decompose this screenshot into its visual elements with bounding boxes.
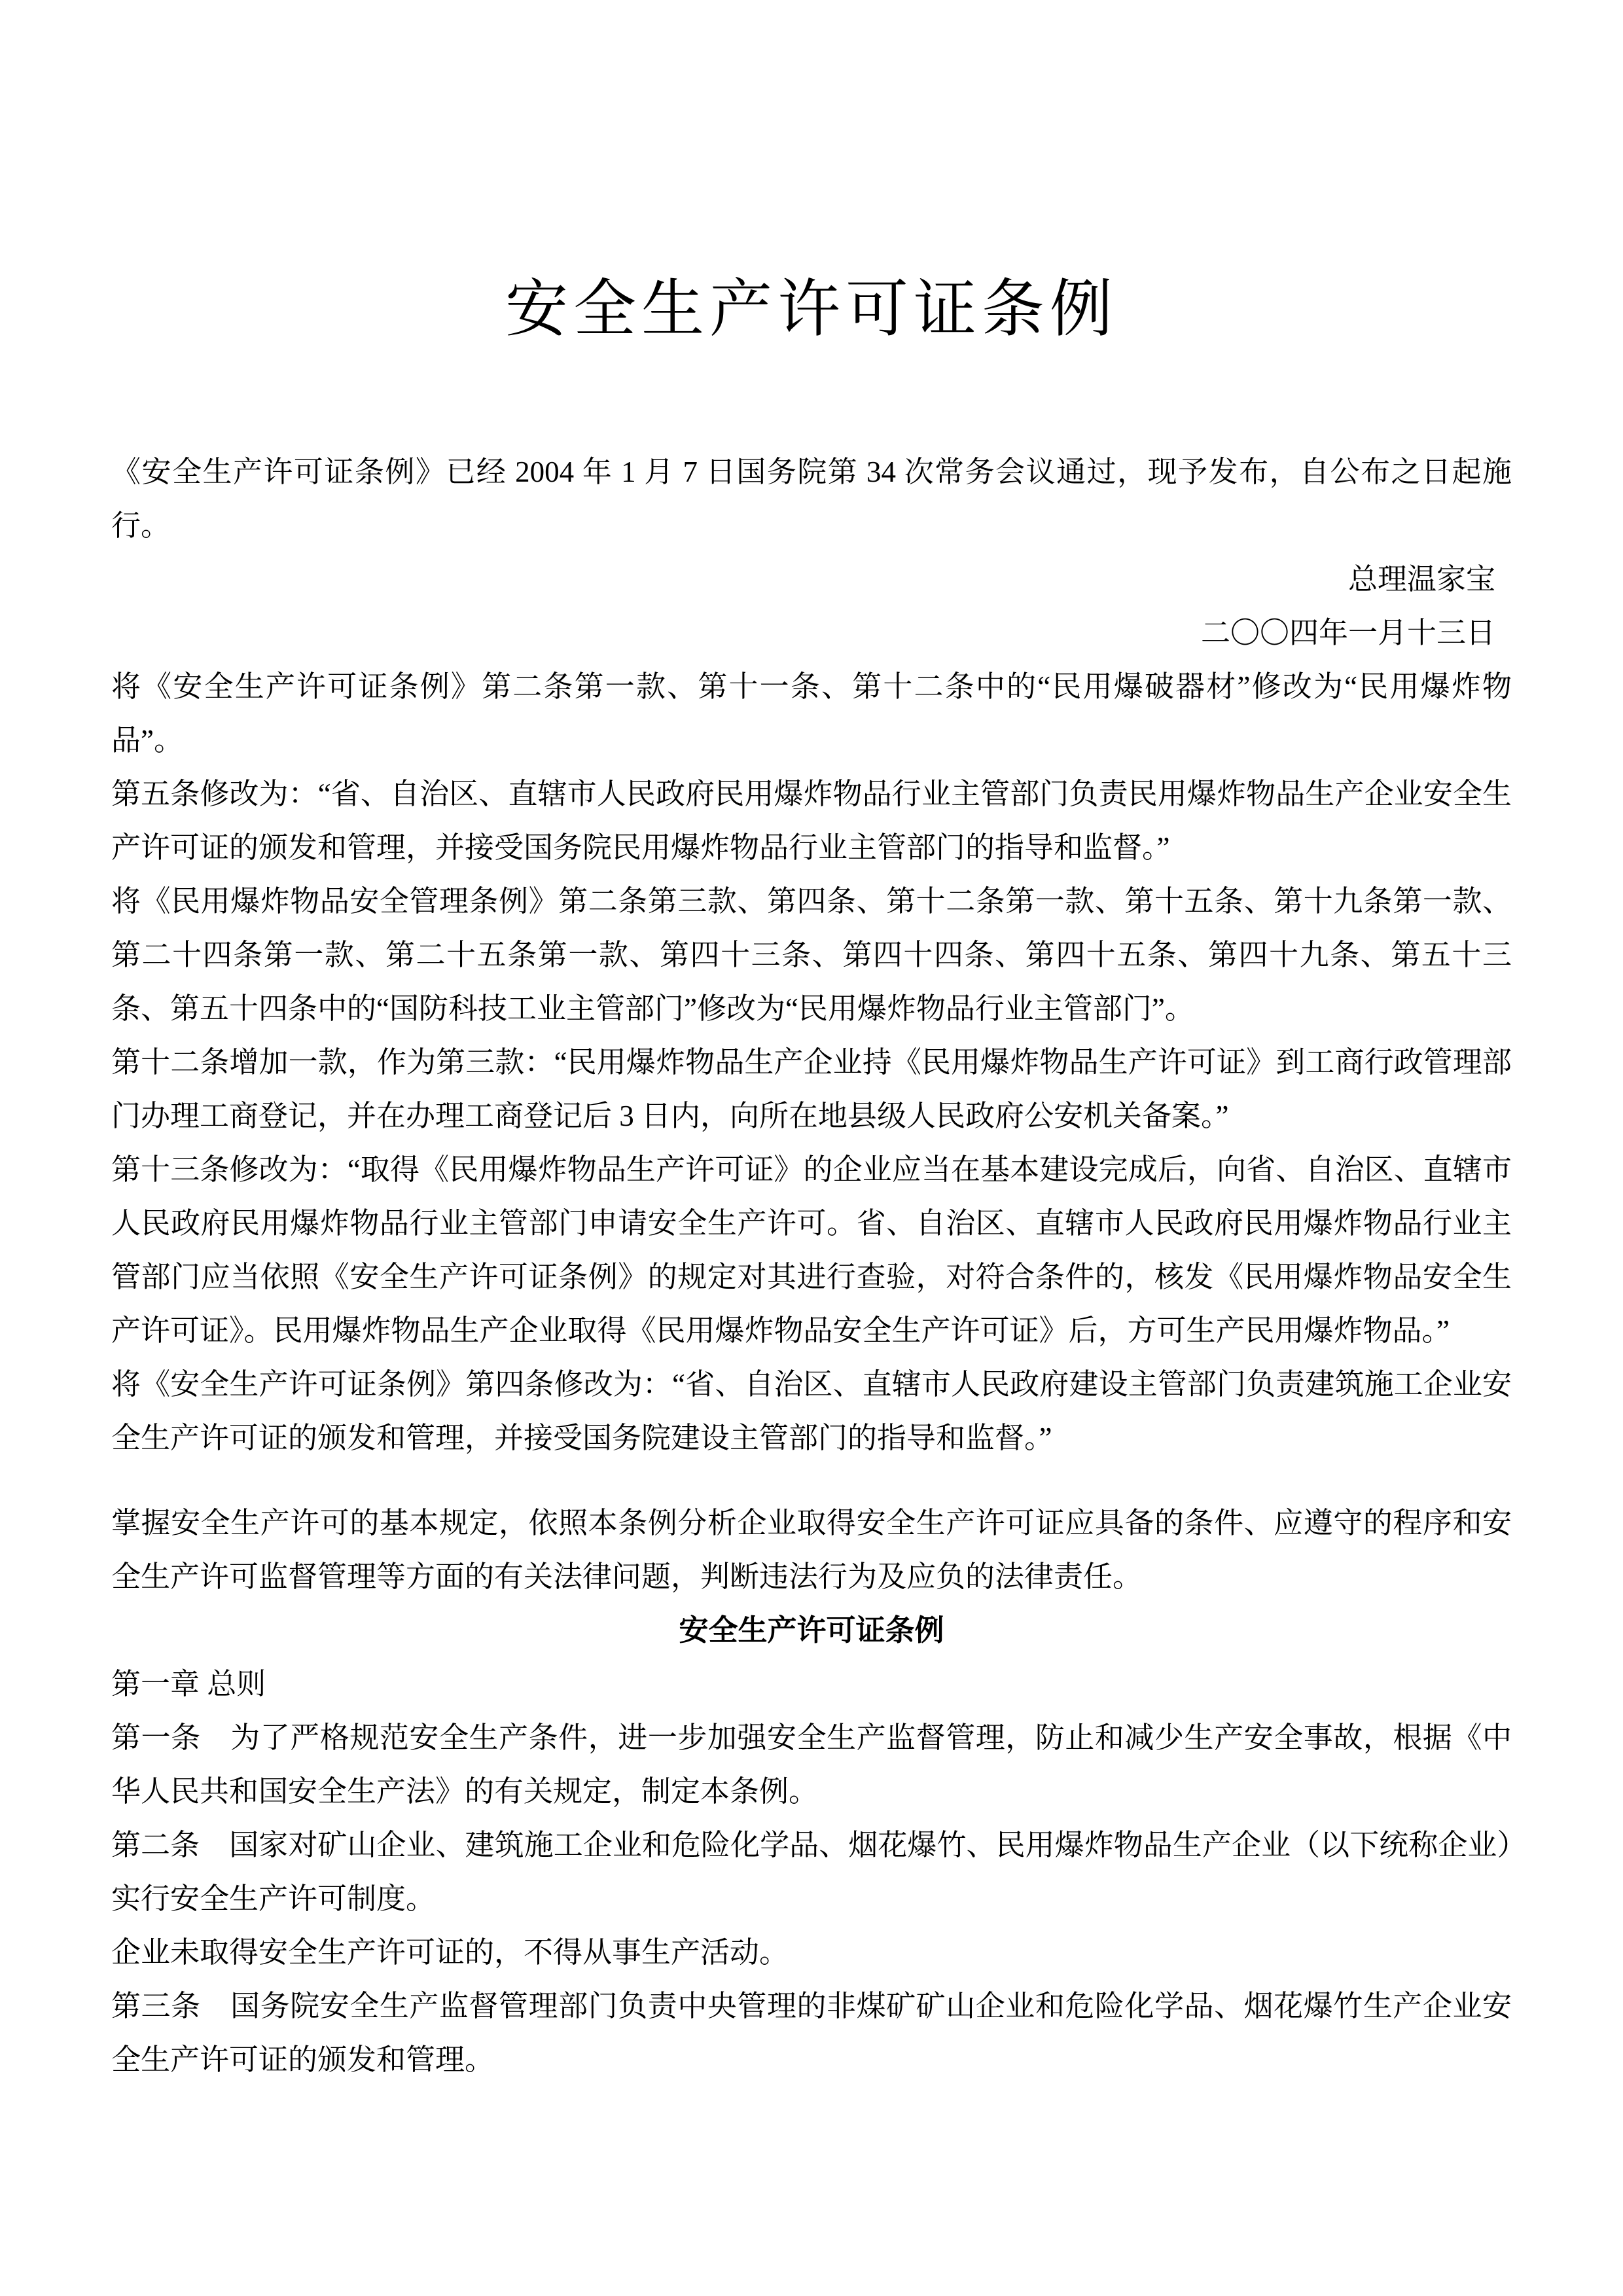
amendment-paragraph-5: 第十三条修改为：“取得《民用爆炸物品生产许可证》的企业应当在基本建设完成后，向省… (111, 1143, 1512, 1357)
document-title: 安全生产许可证条例 (111, 272, 1512, 347)
intro-paragraph: 《安全生产许可证条例》已经 2004 年 1 月 7 日国务院第 34 次常务会… (111, 445, 1512, 552)
amendment-paragraph-2: 第五条修改为：“省、自治区、直辖市人民政府民用爆炸物品行业主管部门负责民用爆炸物… (111, 767, 1512, 874)
amendment-paragraph-6: 将《安全生产许可证条例》第四条修改为：“省、自治区、直辖市人民政府建设主管部门负… (111, 1357, 1512, 1465)
amendment-paragraph-1: 将《安全生产许可证条例》第二条第一款、第十一条、第十二条中的“民用爆破器材”修改… (111, 660, 1512, 767)
date-line: 二〇〇四年一月十三日 (111, 606, 1512, 660)
article-paragraph-4: 第三条 国务院安全生产监督管理部门负责中央管理的非煤矿矿山企业和危险化学品、烟花… (111, 1979, 1512, 2087)
article-paragraph-2: 第二条 国家对矿山企业、建筑施工企业和危险化学品、烟花爆竹、民用爆炸物品生产企业… (111, 1818, 1512, 1926)
amendment-paragraph-3: 将《民用爆炸物品安全管理条例》第二条第三款、第四条、第十二条第一款、第十五条、第… (111, 874, 1512, 1035)
document-page: 安全生产许可证条例 《安全生产许可证条例》已经 2004 年 1 月 7 日国务… (0, 0, 1623, 2296)
signature-line: 总理温家宝 (111, 552, 1512, 606)
article-paragraph-3: 企业未取得安全生产许可证的，不得从事生产活动。 (111, 1926, 1512, 1979)
study-note: 掌握安全生产许可的基本规定，依照本条例分析企业取得安全生产许可证应具备的条件、应… (111, 1496, 1512, 1604)
article-paragraph-1: 第一条 为了严格规范安全生产条件，进一步加强安全生产监督管理，防止和减少生产安全… (111, 1711, 1512, 1818)
regulation-subtitle: 安全生产许可证条例 (111, 1604, 1512, 1657)
amendment-paragraph-4: 第十二条增加一款，作为第三款：“民用爆炸物品生产企业持《民用爆炸物品生产许可证》… (111, 1035, 1512, 1143)
chapter-heading: 第一章 总则 (111, 1657, 1512, 1711)
